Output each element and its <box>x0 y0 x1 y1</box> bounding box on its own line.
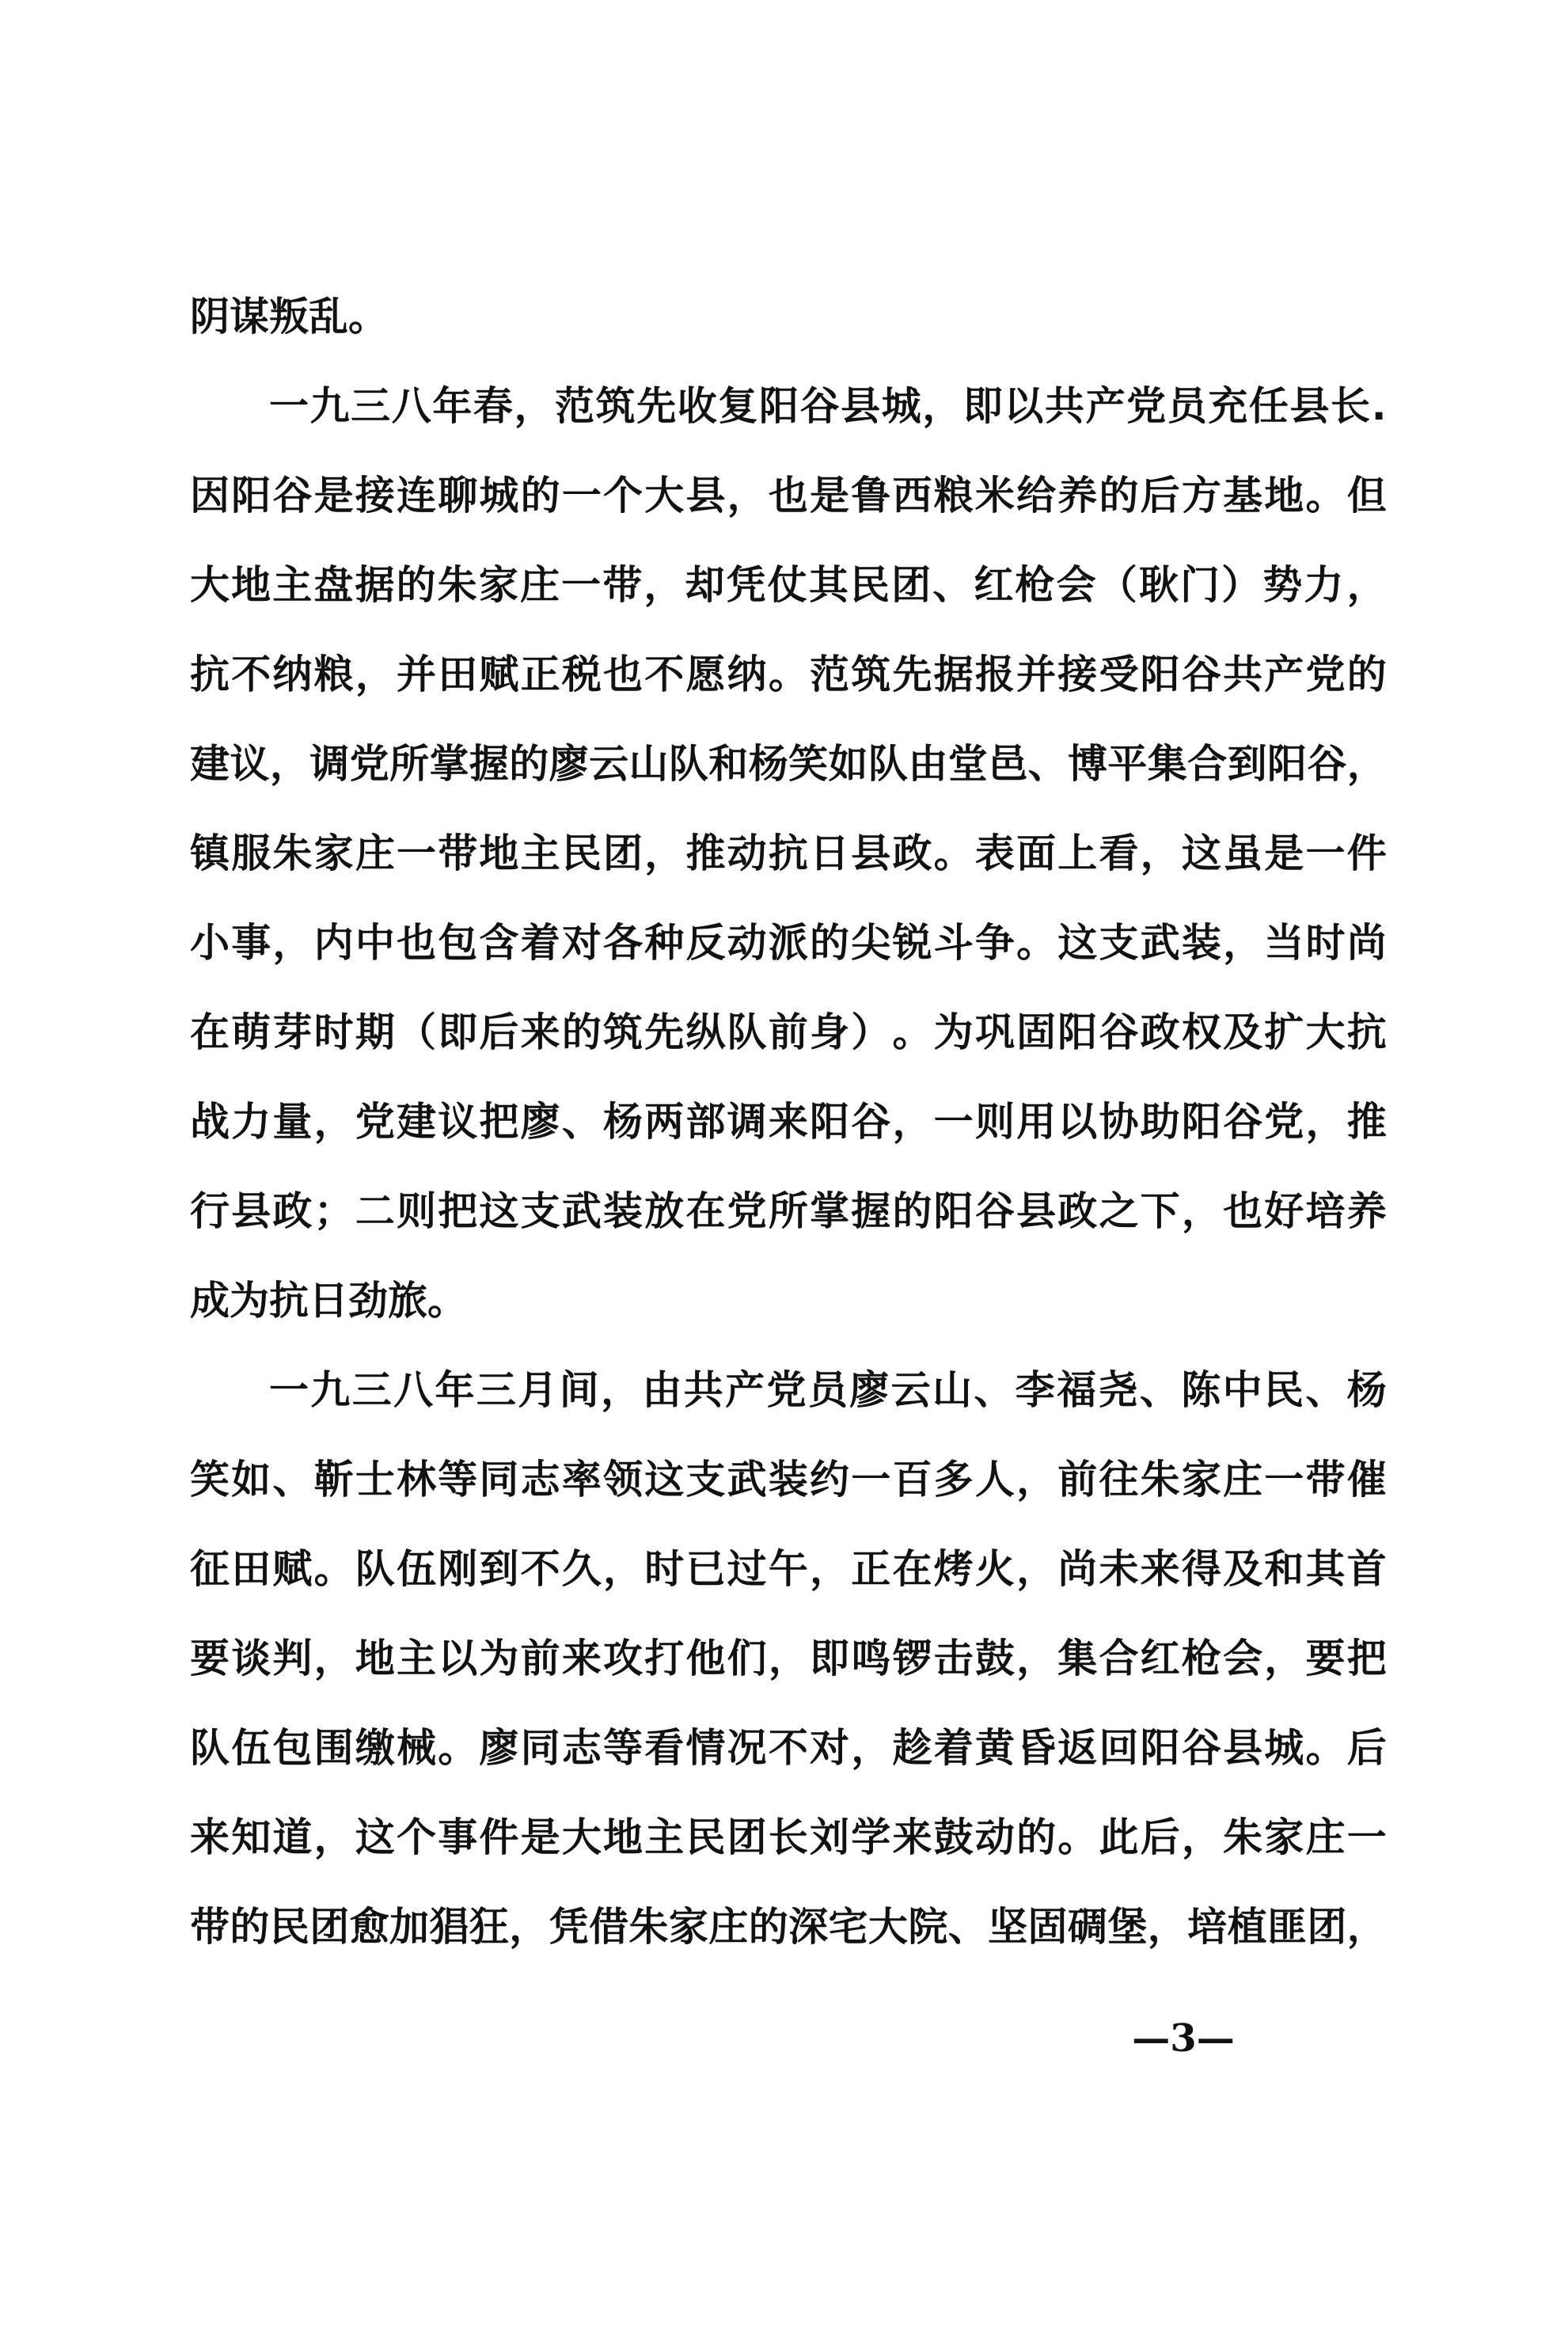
glyph: 小 <box>190 915 230 971</box>
glyph: 谷 <box>851 1094 890 1149</box>
glyph: 庄 <box>1305 1810 1345 1865</box>
glyph: 大 <box>868 1899 908 1955</box>
glyph: 接 <box>355 468 395 523</box>
glyph: 上 <box>1057 826 1097 881</box>
glyph: 也 <box>397 915 436 971</box>
glyph: 民 <box>270 1899 309 1955</box>
glyph: 率 <box>562 1452 602 1507</box>
glyph: 势 <box>1262 557 1302 613</box>
glyph: 范 <box>810 647 849 702</box>
glyph: 志 <box>562 1720 602 1776</box>
glyph: 及 <box>1223 1541 1262 1597</box>
glyph: 固 <box>1016 1005 1056 1060</box>
glyph: 和 <box>1264 1541 1304 1597</box>
glyph: 平 <box>1107 736 1147 792</box>
glyph: 鲁 <box>851 468 890 523</box>
glyph: 县 <box>1223 1720 1262 1776</box>
glyph: 刚 <box>438 1541 477 1597</box>
glyph: 筑 <box>851 647 890 702</box>
glyph: 是 <box>1264 826 1304 881</box>
glyph: 行 <box>190 1183 230 1239</box>
glyph: 扩 <box>1264 1005 1304 1060</box>
glyph: ， <box>1347 557 1387 613</box>
glyph: 春 <box>473 378 513 434</box>
glyph: 是 <box>810 468 849 523</box>
glyph: ， <box>851 1720 890 1776</box>
glyph: 即 <box>810 1631 849 1686</box>
glyph: 政 <box>1057 1183 1097 1239</box>
glyph: 红 <box>1141 1631 1180 1686</box>
glyph: ， <box>509 1899 549 1955</box>
glyph: 党 <box>1126 378 1166 434</box>
glyph: 福 <box>1057 1362 1096 1418</box>
glyph: 巩 <box>975 1005 1015 1060</box>
glyph: 把 <box>479 1094 518 1149</box>
glyph: 县 <box>1289 378 1329 434</box>
glyph: 员 <box>808 1362 848 1418</box>
glyph: 却 <box>685 557 725 613</box>
glyph: 队 <box>727 1005 767 1060</box>
glyph: 凭 <box>549 1899 589 1955</box>
glyph: 博 <box>1068 736 1107 792</box>
glyph: 城 <box>1264 1720 1304 1776</box>
glyph: 杨 <box>749 736 788 792</box>
glyph: ， <box>355 647 395 702</box>
glyph: 用 <box>1016 1094 1056 1149</box>
glyph: 大 <box>190 557 230 613</box>
glyph: 深 <box>788 1899 828 1955</box>
glyph: 不 <box>644 647 684 702</box>
glyph: 由 <box>642 1362 681 1418</box>
glyph: 以 <box>438 1631 477 1686</box>
glyph: 碉 <box>1068 1899 1107 1955</box>
glyph: 多 <box>934 1452 974 1507</box>
glyph: 征 <box>190 1541 230 1597</box>
glyph: 员 <box>1167 378 1207 434</box>
glyph: 战 <box>190 1094 230 1149</box>
glyph: 并 <box>1016 647 1056 702</box>
glyph: 鼓 <box>975 1631 1015 1686</box>
glyph: ， <box>1016 1541 1056 1597</box>
glyph: 共 <box>1223 647 1262 702</box>
glyph: 芽 <box>272 1005 312 1060</box>
glyph: 不 <box>769 1720 808 1776</box>
glyph: 充 <box>1208 378 1247 434</box>
glyph: 廖 <box>521 1094 560 1149</box>
glyph: 。 <box>438 1720 477 1776</box>
glyph: 先 <box>636 378 676 434</box>
glyph: 民 <box>1264 1362 1304 1418</box>
glyph: 猖 <box>429 1899 469 1955</box>
glyph: 鼓 <box>934 1810 974 1865</box>
glyph: 。 <box>1057 1810 1097 1865</box>
glyph: 抗 <box>769 826 808 881</box>
glyph: 事 <box>231 915 271 971</box>
glyph: 城 <box>882 378 921 434</box>
glyph: 则 <box>397 1183 436 1239</box>
glyph: 调 <box>727 1094 767 1149</box>
glyph: 包 <box>272 1720 312 1776</box>
glyph: 借 <box>589 1899 628 1955</box>
glyph: 内 <box>314 915 354 971</box>
glyph: 。 <box>892 1005 932 1060</box>
glyph: 着 <box>521 915 560 971</box>
glyph: 前 <box>521 1631 560 1686</box>
glyph: ， <box>272 915 312 971</box>
glyph: 来 <box>190 1810 230 1865</box>
glyph: 虽 <box>1223 826 1262 881</box>
glyph: 家 <box>1182 1452 1221 1507</box>
glyph: 后 <box>479 1005 518 1060</box>
glyph: 约 <box>810 1452 849 1507</box>
glyph: 枪 <box>1182 1631 1221 1686</box>
glyph: 量 <box>272 1094 312 1149</box>
glyph: 前 <box>1057 1452 1097 1507</box>
glyph: 不 <box>521 1541 560 1597</box>
glyph: 朱 <box>438 557 477 613</box>
glyph: 赋 <box>272 1541 312 1597</box>
glyph: 据 <box>934 647 974 702</box>
glyph: 、 <box>1305 1362 1345 1418</box>
glyph: 院 <box>908 1899 947 1955</box>
glyph: 领 <box>603 1452 643 1507</box>
glyph: 一 <box>1305 826 1345 881</box>
glyph: ， <box>1141 826 1180 881</box>
glyph: 伍 <box>231 1720 271 1776</box>
glyph: 攻 <box>603 1631 643 1686</box>
glyph: 。 <box>1305 468 1345 523</box>
glyph: ， <box>1305 1094 1345 1149</box>
glyph: 即 <box>438 1005 477 1060</box>
glyph: 一 <box>934 1094 974 1149</box>
glyph: 的 <box>1016 1810 1056 1865</box>
glyph: 、 <box>948 1899 988 1955</box>
glyph: 党 <box>1264 1094 1304 1149</box>
text-line: 行县政；二则把这支武装放在党所掌握的阳谷县政之下，也好培养 <box>190 1183 1387 1239</box>
glyph: 的 <box>397 557 436 613</box>
text-line: 镇服朱家庄一带地主民团，推动抗日县政。表面上看，这虽是一件 <box>190 826 1387 881</box>
glyph: 的 <box>1099 468 1138 523</box>
glyph: 培 <box>1187 1899 1227 1955</box>
glyph: 为 <box>479 1631 518 1686</box>
glyph: 谷 <box>975 1183 1015 1239</box>
glyph: 看 <box>644 1720 684 1776</box>
glyph: 谷 <box>1223 1094 1262 1149</box>
glyph: 当 <box>1264 915 1304 971</box>
glyph: 斗 <box>934 915 974 971</box>
glyph: 这 <box>355 1810 395 1865</box>
glyph: ， <box>892 1094 932 1149</box>
glyph: 这 <box>1182 826 1221 881</box>
glyph: 家 <box>1264 1810 1304 1865</box>
glyph: 的 <box>810 915 849 971</box>
glyph: 阳 <box>810 1094 849 1149</box>
glyph: 的 <box>521 468 560 523</box>
glyph: 方 <box>1182 468 1221 523</box>
text-line: 征田赋。队伍刚到不久，时已过午，正在烤火，尚未来得及和其首 <box>190 1541 1387 1597</box>
text-line: 带的民团愈加猖狂，凭借朱家庄的深宅大院、坚固碉堡，培植匪团， <box>190 1899 1387 1955</box>
text-line: 阴谋叛乱。 <box>190 289 1387 344</box>
glyph: 刘 <box>810 1810 849 1865</box>
glyph: 。 <box>1016 915 1056 971</box>
text-line: 要谈判，地主以为前来攻打他们，即鸣锣击鼓，集合红枪会，要把 <box>190 1631 1387 1686</box>
glyph: 养 <box>1347 1183 1387 1239</box>
glyph: 件 <box>1347 826 1387 881</box>
glyph: 年 <box>432 378 472 434</box>
glyph: 好 <box>1264 1183 1304 1239</box>
glyph: 部 <box>685 1094 725 1149</box>
glyph: 支 <box>1099 915 1138 971</box>
glyph: 主 <box>272 557 312 613</box>
glyph: 仗 <box>768 557 807 613</box>
glyph: ， <box>601 1362 640 1418</box>
glyph: 大 <box>644 468 684 523</box>
glyph: 任 <box>1249 378 1289 434</box>
glyph: 械 <box>397 1720 436 1776</box>
text-line: 笑如、靳士林等同志率领这支武装约一百多人，前往朱家庄一带催 <box>190 1452 1387 1507</box>
glyph: 阳 <box>1141 647 1180 702</box>
glyph: ， <box>514 378 553 434</box>
glyph: 此 <box>1099 1810 1138 1865</box>
glyph: 庄 <box>520 557 560 613</box>
glyph: 尧 <box>1099 1362 1138 1418</box>
glyph: 粮 <box>314 647 354 702</box>
glyph: 共 <box>684 1362 723 1418</box>
glyph: 固 <box>1028 1899 1068 1955</box>
glyph: 带 <box>190 1899 230 1955</box>
glyph: 阳 <box>1267 736 1307 792</box>
glyph: 建 <box>397 1094 436 1149</box>
glyph: 后 <box>1347 1720 1387 1776</box>
glyph: 动 <box>727 915 767 971</box>
glyph: 也 <box>603 647 643 702</box>
glyph: 对 <box>810 1720 849 1776</box>
glyph: 个 <box>397 1810 436 1865</box>
glyph: 各 <box>603 915 643 971</box>
glyph: 庄 <box>1223 1452 1262 1507</box>
glyph: 权 <box>1182 1005 1221 1060</box>
glyph: 是 <box>314 468 354 523</box>
glyph: 团 <box>1307 1899 1346 1955</box>
glyph: 八 <box>392 378 431 434</box>
glyph: 后 <box>1141 1810 1180 1865</box>
glyph: 事 <box>438 1810 477 1865</box>
glyph: 时 <box>644 1541 684 1597</box>
glyph: ， <box>1347 736 1387 792</box>
glyph: （ <box>397 1005 436 1060</box>
glyph: 来 <box>769 1094 808 1149</box>
glyph: 这 <box>1057 915 1097 971</box>
glyph: 给 <box>1016 468 1056 523</box>
glyph: 个 <box>603 468 643 523</box>
glyph: 谷 <box>1307 736 1346 792</box>
glyph: 林 <box>397 1452 436 1507</box>
glyph: 表 <box>975 826 1015 881</box>
glyph: ， <box>270 736 309 792</box>
glyph: 李 <box>1016 1362 1055 1418</box>
glyph: 因 <box>190 468 230 523</box>
glyph: 集 <box>1148 736 1187 792</box>
glyph: 尖 <box>851 915 890 971</box>
glyph: 包 <box>438 915 477 971</box>
glyph: 在 <box>892 1541 932 1597</box>
glyph: 民 <box>850 557 890 613</box>
glyph: 队 <box>669 736 708 792</box>
glyph: 县 <box>685 468 725 523</box>
glyph: 政 <box>892 826 932 881</box>
document-page: 阴谋叛乱。 一九三八年春，范筑先收复阳谷县城，即以共产党员充任县长. 因阳谷是接… <box>0 0 1568 2329</box>
glyph: 门 <box>1180 557 1220 613</box>
glyph: 愈 <box>350 1899 389 1955</box>
glyph: 庄 <box>708 1899 748 1955</box>
glyph: 这 <box>479 1183 518 1239</box>
glyph: 团 <box>309 1899 349 1955</box>
glyph: 基 <box>1223 468 1262 523</box>
glyph: 三 <box>476 1362 516 1418</box>
glyph: 同 <box>479 1452 518 1507</box>
glyph: 武 <box>1141 915 1180 971</box>
glyph: 。 <box>934 826 974 881</box>
glyph: 一 <box>269 378 309 434</box>
glyph: 带 <box>1305 1452 1345 1507</box>
glyph: 范 <box>555 378 594 434</box>
glyph: 放 <box>644 1183 684 1239</box>
glyph: 产 <box>1086 378 1126 434</box>
glyph: 种 <box>644 915 684 971</box>
glyph: 植 <box>1228 1899 1267 1955</box>
glyph: 纳 <box>272 647 312 702</box>
glyph: 下 <box>1141 1183 1180 1239</box>
glyph: 道 <box>272 1810 312 1865</box>
glyph: 县 <box>1016 1183 1056 1239</box>
glyph: 返 <box>1057 1720 1097 1776</box>
glyph: 一 <box>562 468 602 523</box>
glyph: 、 <box>562 1094 602 1149</box>
glyph: 带 <box>438 826 477 881</box>
glyph: 尚 <box>1347 915 1387 971</box>
glyph: 狂 <box>469 1899 509 1955</box>
text-line: 在萌芽时期（即后来的筑先纵队前身）。为巩固阳谷政权及扩大抗 <box>190 1005 1387 1060</box>
glyph: 这 <box>644 1452 684 1507</box>
glyph: 先 <box>892 647 932 702</box>
glyph: 一 <box>1264 1452 1304 1507</box>
glyph: 县 <box>841 378 880 434</box>
glyph: 动 <box>975 1810 1015 1865</box>
glyph: 协 <box>1099 1094 1138 1149</box>
glyph: 含 <box>479 915 518 971</box>
glyph: 其 <box>809 557 849 613</box>
glyph: 后 <box>1141 468 1180 523</box>
glyph: 廖 <box>479 1720 518 1776</box>
glyph: 三 <box>352 1362 392 1418</box>
glyph: 力 <box>1304 557 1343 613</box>
glyph: 装 <box>769 1452 808 1507</box>
glyph: 是 <box>521 1810 560 1865</box>
paragraph-start-line: 一九三八年春，范筑先收复阳谷县城，即以共产党员充任县长. <box>269 378 1387 434</box>
glyph: 队 <box>868 736 908 792</box>
glyph: 红 <box>974 557 1013 613</box>
glyph: ） <box>1221 557 1261 613</box>
glyph: 击 <box>934 1631 974 1686</box>
glyph: 纵 <box>685 1005 725 1060</box>
glyph: 堂 <box>948 736 988 792</box>
glyph: 邑 <box>988 736 1027 792</box>
glyph: 、 <box>932 557 972 613</box>
glyph: 况 <box>727 1720 767 1776</box>
glyph: 地 <box>603 1810 643 1865</box>
glyph: 但 <box>1347 468 1387 523</box>
glyph: 的 <box>1347 647 1387 702</box>
glyph: 朱 <box>1223 1810 1262 1865</box>
glyph: 往 <box>1099 1452 1138 1507</box>
glyph: 受 <box>1099 647 1138 702</box>
glyph: 养 <box>1057 468 1097 523</box>
glyph: 产 <box>1264 647 1304 702</box>
glyph: 则 <box>975 1094 1015 1149</box>
text-line: 建议，调党所掌握的廖云山队和杨笑如队由堂邑、博平集合到阳谷， <box>190 736 1387 792</box>
glyph: 一 <box>269 1362 309 1418</box>
glyph: 也 <box>1223 1183 1262 1239</box>
glyph: 赋 <box>479 647 518 702</box>
glyph: 报 <box>975 647 1015 702</box>
glyph: 情 <box>685 1720 725 1776</box>
glyph: 所 <box>389 736 429 792</box>
glyph: 税 <box>562 647 602 702</box>
glyph: 接 <box>1057 647 1097 702</box>
glyph: 抗 <box>1347 1005 1387 1060</box>
glyph: 月 <box>518 1362 557 1418</box>
glyph: 收 <box>678 378 717 434</box>
glyph: 纳 <box>727 647 767 702</box>
glyph: 人 <box>975 1452 1015 1507</box>
glyph: 长 <box>769 1810 808 1865</box>
glyph: ， <box>644 557 683 613</box>
glyph: 来 <box>521 1005 560 1060</box>
glyph: 朱 <box>1141 1452 1180 1507</box>
glyph: 把 <box>438 1183 477 1239</box>
glyph: 主 <box>521 826 560 881</box>
glyph: 笑 <box>788 736 828 792</box>
glyph: 看 <box>1099 826 1138 881</box>
glyph: 会 <box>1057 557 1096 613</box>
glyph: 着 <box>934 1720 974 1776</box>
glyph: 即 <box>963 378 1003 434</box>
glyph: 首 <box>1347 1541 1387 1597</box>
glyph: 政 <box>272 1183 312 1239</box>
glyph: 正 <box>521 647 560 702</box>
glyph: 匪 <box>1267 1899 1307 1955</box>
glyph: 回 <box>1099 1720 1138 1776</box>
glyph: 产 <box>725 1362 765 1418</box>
text-line: 来知道，这个事件是大地主民团长刘学来鼓动的。此后，朱家庄一 <box>190 1810 1387 1865</box>
glyph: ， <box>1016 1452 1056 1507</box>
glyph: 党 <box>727 1183 767 1239</box>
glyph: 二 <box>355 1183 395 1239</box>
glyph: 议 <box>230 736 269 792</box>
glyph: 得 <box>1182 1541 1221 1597</box>
glyph: 谈 <box>231 1631 271 1686</box>
glyph: 一 <box>561 557 601 613</box>
glyph: ， <box>810 1541 849 1597</box>
glyph: 及 <box>1223 1005 1262 1060</box>
glyph: 力 <box>231 1094 271 1149</box>
glyph: 粮 <box>934 468 974 523</box>
glyph: 阳 <box>759 378 799 434</box>
glyph: 枪 <box>1016 557 1055 613</box>
glyph: 的 <box>230 1899 269 1955</box>
glyph: 谷 <box>1099 1005 1138 1060</box>
glyph: 的 <box>509 736 549 792</box>
